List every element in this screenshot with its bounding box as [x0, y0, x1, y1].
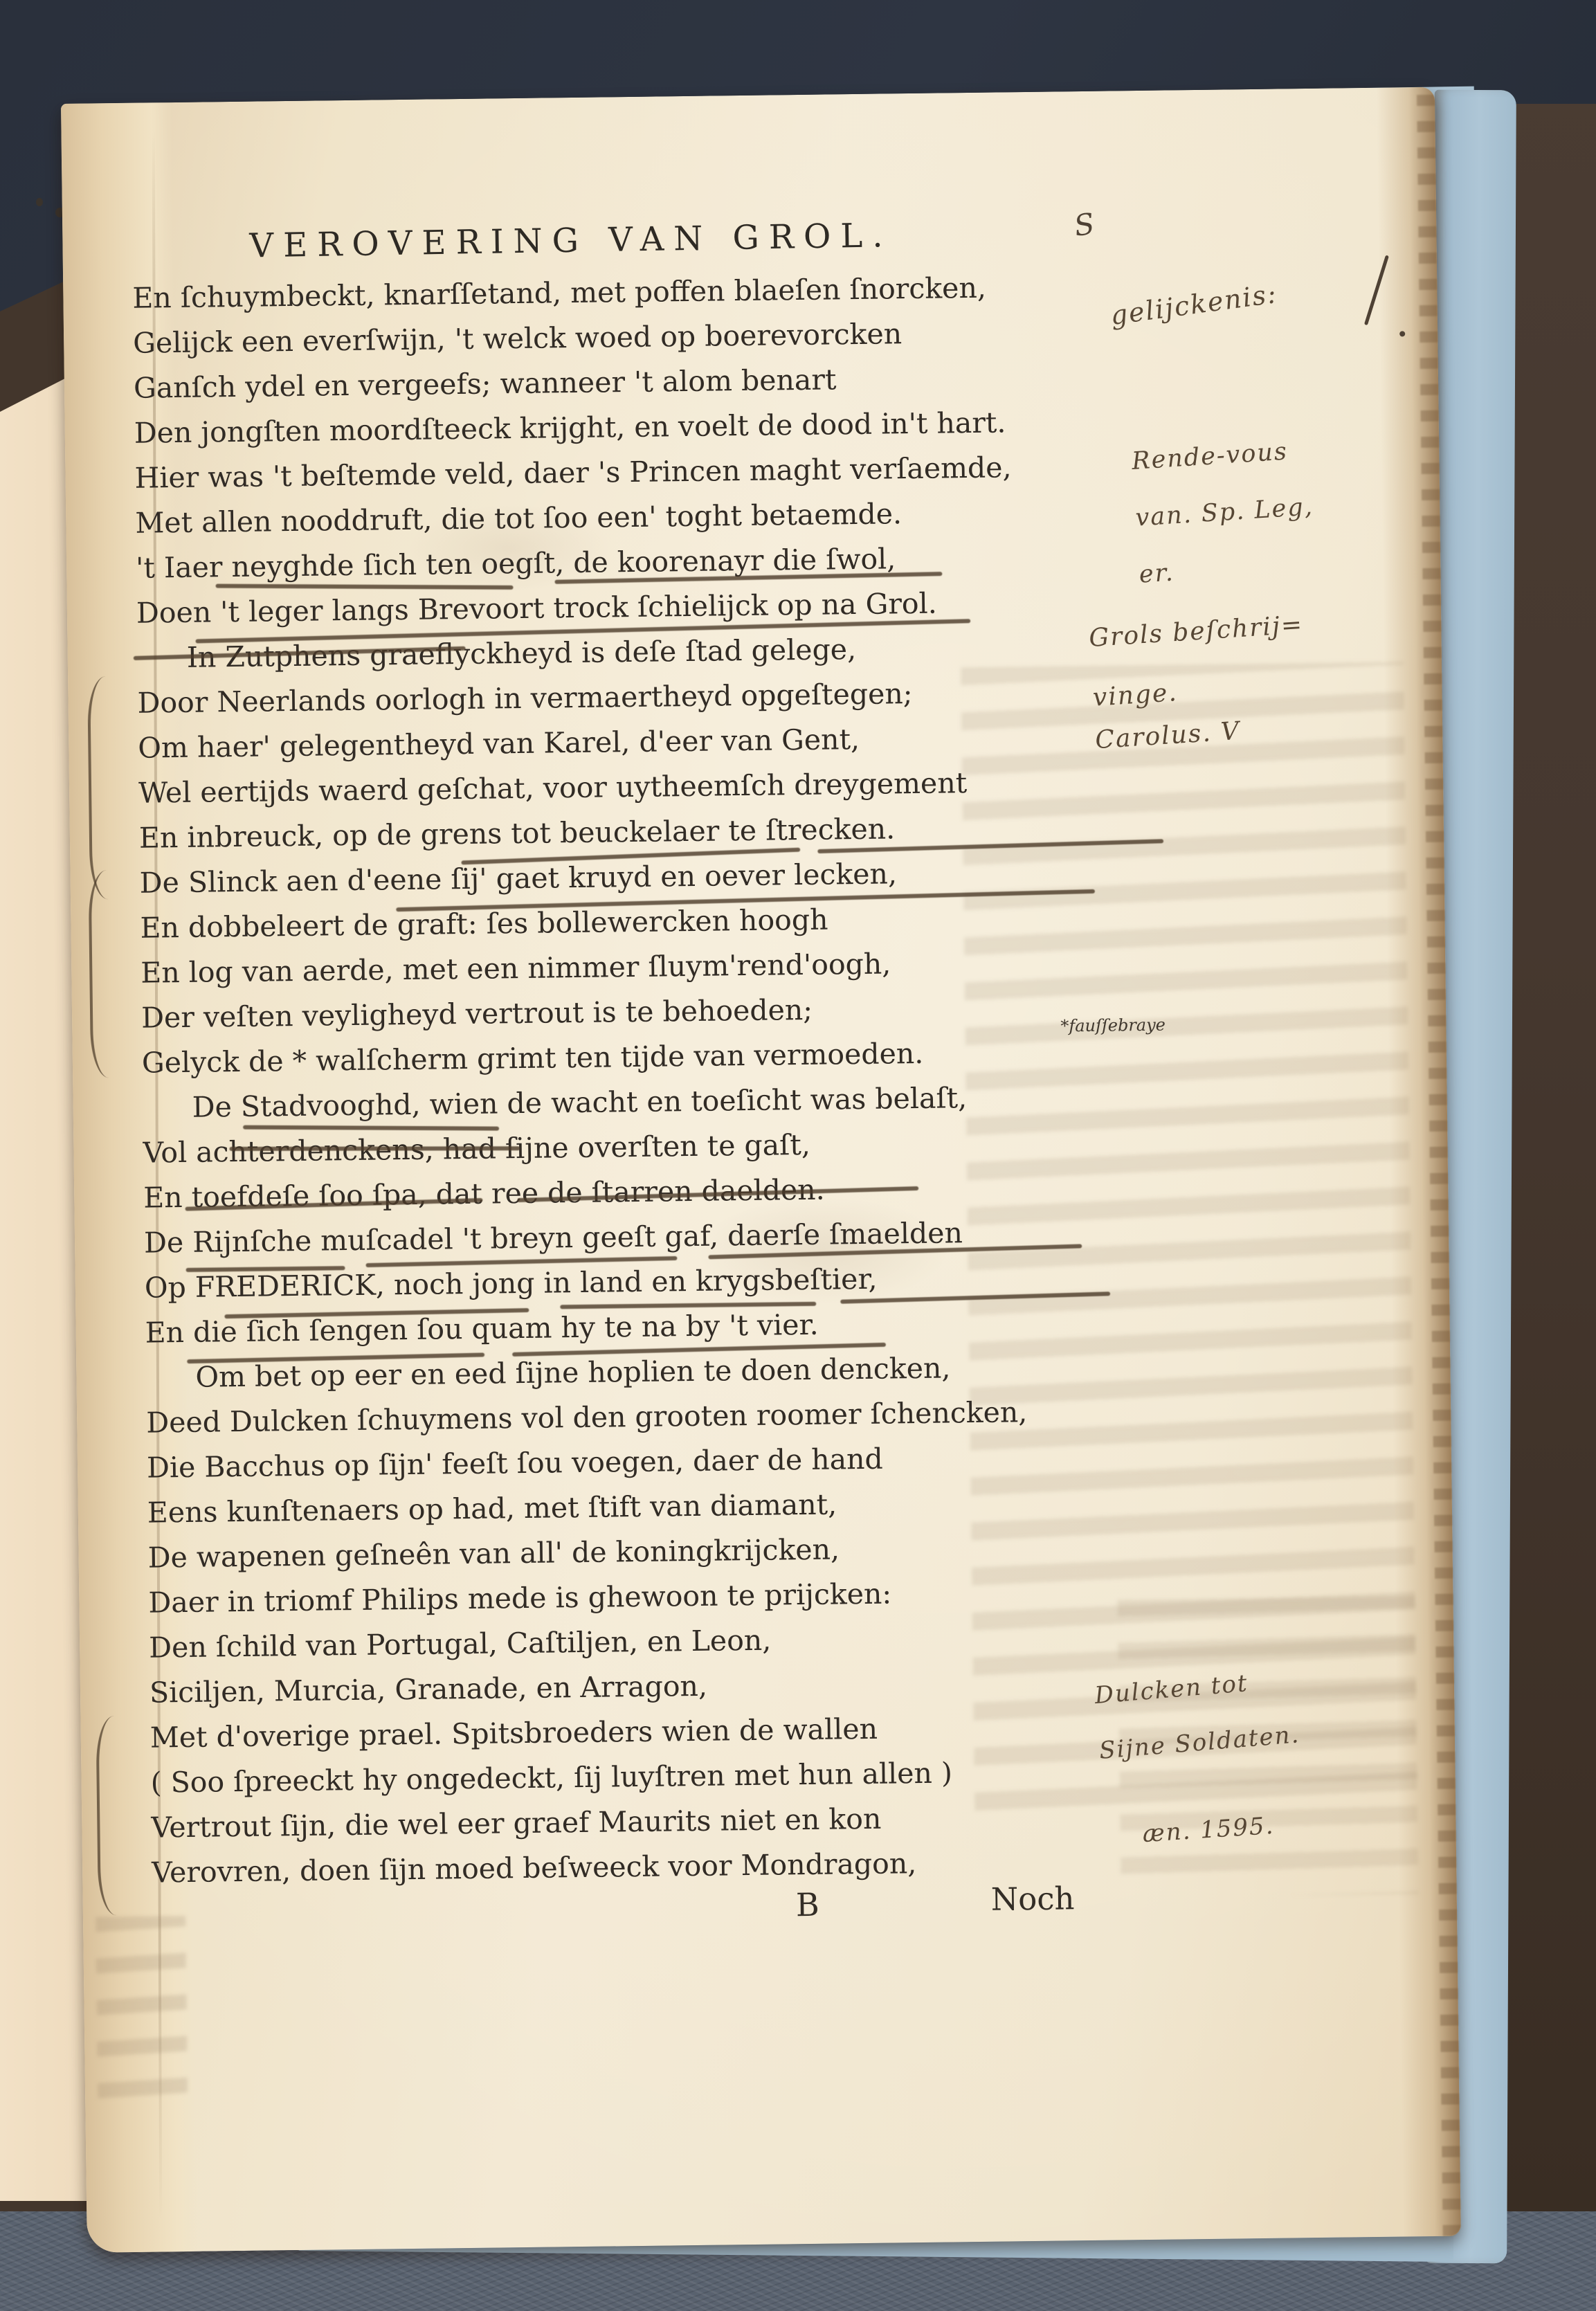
- ink-speck: [36, 198, 43, 206]
- margin-brace: [87, 676, 111, 899]
- photo-of-book-page: VEROVERING VAN GROL. En ſchuymbeckt, kna…: [0, 0, 1596, 2311]
- page-title: VEROVERING VAN GROL.: [249, 212, 1136, 265]
- quire-signature: B: [796, 1886, 819, 1923]
- marginal-ink-dot: [1399, 331, 1405, 336]
- ink-underline: [229, 1146, 520, 1151]
- catchword: Noch: [990, 1880, 1074, 1917]
- marginal-note-rendezvous: Rende-vousvan. Sp. Leg,er.: [1130, 422, 1319, 603]
- marginal-note-line: er.: [1137, 535, 1318, 603]
- faussebraye-footnote: *fauſſebraye: [1060, 1015, 1166, 1036]
- margin-brace: [89, 870, 112, 1078]
- book-page: VEROVERING VAN GROL. En ſchuymbeckt, kna…: [61, 87, 1461, 2253]
- margin-brace: [96, 1716, 119, 1915]
- marginal-note-line: van. Sp. Leg,: [1134, 478, 1315, 546]
- poem-body: En ſchuymbeckt, knarſſetand, met poffen …: [132, 263, 1231, 1896]
- handwritten-signature-mark: S: [1072, 206, 1098, 243]
- marginal-note-grol-description: Grols beſchrij=vinge.: [1087, 595, 1309, 728]
- marginal-note-dulcken: Dulcken totSijne Soldaten.: [1092, 1651, 1302, 1778]
